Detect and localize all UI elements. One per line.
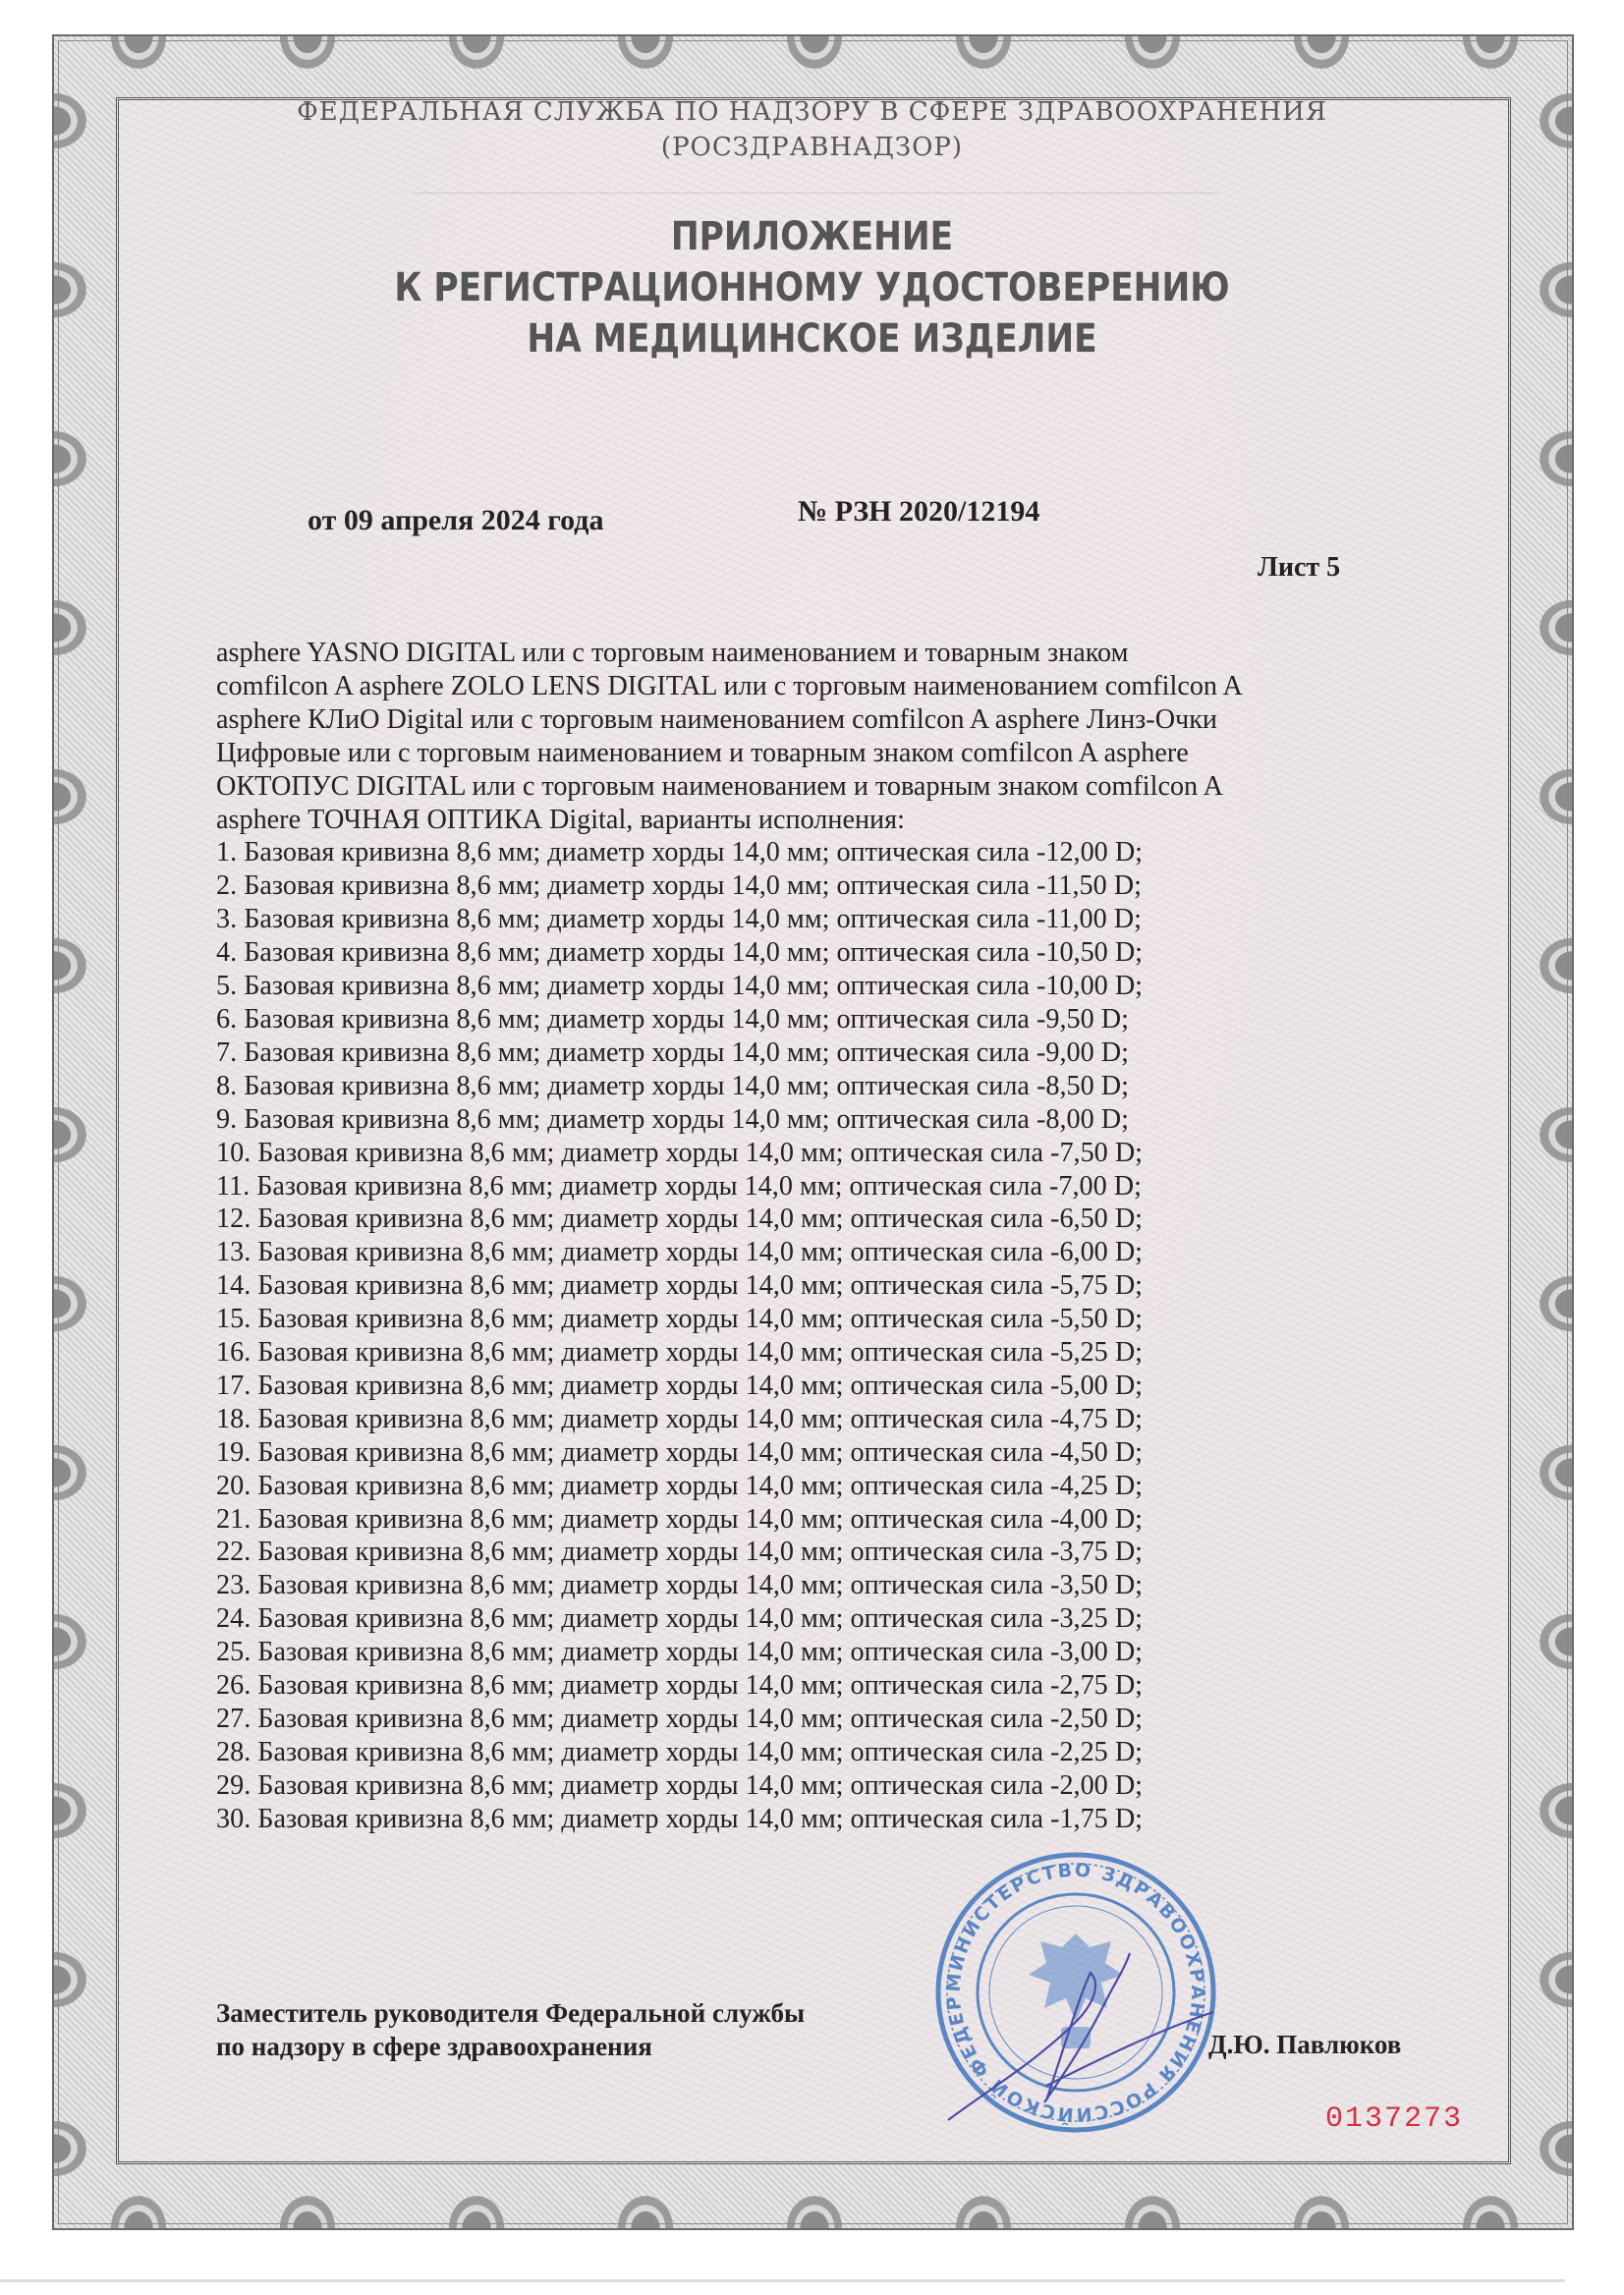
variant-item: 13. Базовая кривизна 8,6 мм; диаметр хор… bbox=[216, 1236, 1493, 1269]
agency-name: ФЕДЕРАЛЬНАЯ СЛУЖБА ПО НАДЗОРУ В СФЕРЕ ЗД… bbox=[0, 94, 1624, 130]
variant-item: 11. Базовая кривизна 8,6 мм; диаметр хор… bbox=[216, 1170, 1493, 1203]
agency-abbreviation: (РОСЗДРАВНАДЗОР) bbox=[0, 130, 1624, 165]
variant-item: 1. Базовая кривизна 8,6 мм; диаметр хорд… bbox=[216, 836, 1493, 869]
intro-line: comfilcon A asphere ZOLO LENS DIGITAL ил… bbox=[216, 670, 1493, 703]
eagle-emblem-icon bbox=[1029, 1933, 1123, 2048]
variant-item: 23. Базовая кривизна 8,6 мм; диаметр хор… bbox=[216, 1569, 1493, 1602]
variant-item: 30. Базовая кривизна 8,6 мм; диаметр хор… bbox=[216, 1803, 1493, 1836]
intro-line: asphere YASNO DIGITAL или с торговым наи… bbox=[216, 637, 1493, 670]
signer-position-line-2: по надзору в сфере здравоохранения bbox=[216, 2030, 805, 2063]
document-title: ПРИЛОЖЕНИЕ К РЕГИСТРАЦИОННОМУ УДОСТОВЕРЕ… bbox=[114, 211, 1511, 364]
variant-item: 14. Базовая кривизна 8,6 мм; диаметр хор… bbox=[216, 1269, 1493, 1303]
variant-item: 12. Базовая кривизна 8,6 мм; диаметр хор… bbox=[216, 1203, 1493, 1236]
header-divider bbox=[413, 193, 1218, 194]
signer-position: Заместитель руководителя Федеральной слу… bbox=[216, 1996, 805, 2063]
variant-item: 16. Базовая кривизна 8,6 мм; диаметр хор… bbox=[216, 1336, 1493, 1370]
variant-item: 10. Базовая кривизна 8,6 мм; диаметр хор… bbox=[216, 1137, 1493, 1170]
form-serial-number: 0137273 bbox=[1325, 2102, 1463, 2136]
variant-item: 27. Базовая кривизна 8,6 мм; диаметр хор… bbox=[216, 1703, 1493, 1736]
agency-header: ФЕДЕРАЛЬНАЯ СЛУЖБА ПО НАДЗОРУ В СФЕРЕ ЗД… bbox=[0, 94, 1624, 165]
variant-item: 24. Базовая кривизна 8,6 мм; диаметр хор… bbox=[216, 1602, 1493, 1636]
intro-line: Цифровые или с торговым наименованием и … bbox=[216, 737, 1493, 770]
issue-date: от 09 апреля 2024 года bbox=[308, 504, 603, 537]
product-intro: asphere YASNO DIGITAL или с торговым наи… bbox=[216, 637, 1493, 836]
variant-item: 19. Базовая кривизна 8,6 мм; диаметр хор… bbox=[216, 1436, 1493, 1470]
variant-item: 9. Базовая кривизна 8,6 мм; диаметр хорд… bbox=[216, 1103, 1493, 1137]
variant-item: 4. Базовая кривизна 8,6 мм; диаметр хорд… bbox=[216, 936, 1493, 970]
variant-item: 18. Базовая кривизна 8,6 мм; диаметр хор… bbox=[216, 1403, 1493, 1436]
variant-item: 28. Базовая кривизна 8,6 мм; диаметр хор… bbox=[216, 1736, 1493, 1769]
title-line-3: НА МЕДИЦИНСКОЕ ИЗДЕЛИЕ bbox=[114, 313, 1511, 364]
title-line-2: К РЕГИСТРАЦИОННОМУ УДОСТОВЕРЕНИЮ bbox=[114, 262, 1511, 313]
variant-item: 21. Базовая кривизна 8,6 мм; диаметр хор… bbox=[216, 1503, 1493, 1537]
signer-name: Д.Ю. Павлюков bbox=[1208, 2030, 1401, 2060]
variant-item: 5. Базовая кривизна 8,6 мм; диаметр хорд… bbox=[216, 970, 1493, 1003]
title-line-1: ПРИЛОЖЕНИЕ bbox=[114, 211, 1511, 262]
variant-item: 15. Базовая кривизна 8,6 мм; диаметр хор… bbox=[216, 1303, 1493, 1336]
intro-line: asphere ТОЧНАЯ ОПТИКА Digital, варианты … bbox=[216, 804, 1493, 837]
official-seal-stamp: МИНИСТЕРСТВО ЗДРАВООХРАНЕНИЯ РОССИЙСКОЙ … bbox=[928, 1845, 1223, 2140]
variant-item: 3. Базовая кривизна 8,6 мм; диаметр хорд… bbox=[216, 903, 1493, 936]
scan-page-edge bbox=[0, 2279, 1565, 2282]
signer-position-line-1: Заместитель руководителя Федеральной слу… bbox=[216, 1996, 805, 2030]
registration-number: № РЗН 2020/12194 bbox=[798, 495, 1039, 529]
variant-item: 6. Базовая кривизна 8,6 мм; диаметр хорд… bbox=[216, 1003, 1493, 1036]
variant-item: 20. Базовая кривизна 8,6 мм; диаметр хор… bbox=[216, 1470, 1493, 1503]
intro-line: asphere КЛиО Digital или с торговым наим… bbox=[216, 703, 1493, 737]
intro-line: ОКТОПУС DIGITAL или с торговым наименова… bbox=[216, 770, 1493, 804]
document-body: asphere YASNO DIGITAL или с торговым наи… bbox=[216, 637, 1493, 1836]
variant-item: 7. Базовая кривизна 8,6 мм; диаметр хорд… bbox=[216, 1036, 1493, 1070]
variant-item: 26. Базовая кривизна 8,6 мм; диаметр хор… bbox=[216, 1669, 1493, 1703]
variant-item: 17. Базовая кривизна 8,6 мм; диаметр хор… bbox=[216, 1370, 1493, 1403]
sheet-number: Лист 5 bbox=[1258, 552, 1340, 584]
variant-item: 25. Базовая кривизна 8,6 мм; диаметр хор… bbox=[216, 1636, 1493, 1669]
variant-list: 1. Базовая кривизна 8,6 мм; диаметр хорд… bbox=[216, 836, 1493, 1835]
variant-item: 22. Базовая кривизна 8,6 мм; диаметр хор… bbox=[216, 1536, 1493, 1569]
variant-item: 2. Базовая кривизна 8,6 мм; диаметр хорд… bbox=[216, 869, 1493, 903]
variant-item: 8. Базовая кривизна 8,6 мм; диаметр хорд… bbox=[216, 1070, 1493, 1103]
variant-item: 29. Базовая кривизна 8,6 мм; диаметр хор… bbox=[216, 1769, 1493, 1803]
